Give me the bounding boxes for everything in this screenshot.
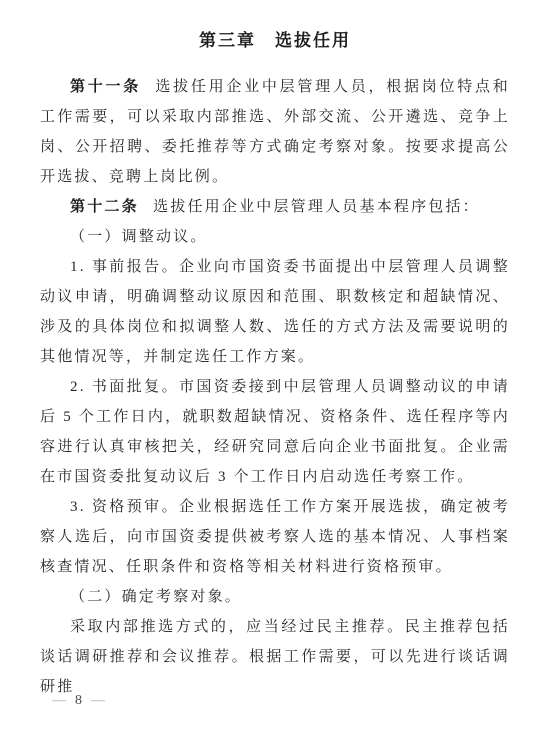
chapter-title: 第三章 选拔任用: [0, 0, 550, 53]
document-page: 第三章 选拔任用 第十一条选拔任用企业中层管理人员，根据岗位特点和工作需要，可以…: [0, 0, 550, 752]
page-number-dash-left: —: [52, 693, 66, 708]
paragraph-article-11: 第十一条选拔任用企业中层管理人员，根据岗位特点和工作需要，可以采取内部推选、外部…: [40, 72, 510, 192]
article-12-number: 第十二条: [70, 199, 139, 215]
page-number-value: 8: [66, 693, 91, 708]
article-12-text: 选拔任用企业中层管理人员基本程序包括：: [153, 199, 480, 215]
paragraph-step-3: 3. 资格预审。企业根据选任工作方案开展选拔，确定被考察人选后，向市国资委提供被…: [40, 492, 510, 582]
paragraph-step-1: 1. 事前报告。企业向市国资委书面提出中层管理人员调整动议申请，明确调整动议原因…: [40, 252, 510, 372]
paragraph-item-2-body: 采取内部推选方式的，应当经过民主推荐。民主推荐包括谈话调研推荐和会议推荐。根据工…: [40, 612, 510, 702]
document-body: 第十一条选拔任用企业中层管理人员，根据岗位特点和工作需要，可以采取内部推选、外部…: [40, 72, 510, 702]
paragraph-step-2: 2. 书面批复。市国资委接到中层管理人员调整动议的申请后 5 个工作日内，就职数…: [40, 372, 510, 492]
page-number-dash-right: —: [91, 693, 105, 708]
article-11-number: 第十一条: [70, 79, 141, 95]
page-number: —8—: [52, 691, 105, 711]
paragraph-item-2-heading: （二）确定考察对象。: [40, 582, 510, 612]
paragraph-item-1-heading: （一）调整动议。: [40, 222, 510, 252]
paragraph-article-12: 第十二条选拔任用企业中层管理人员基本程序包括：: [40, 192, 510, 222]
